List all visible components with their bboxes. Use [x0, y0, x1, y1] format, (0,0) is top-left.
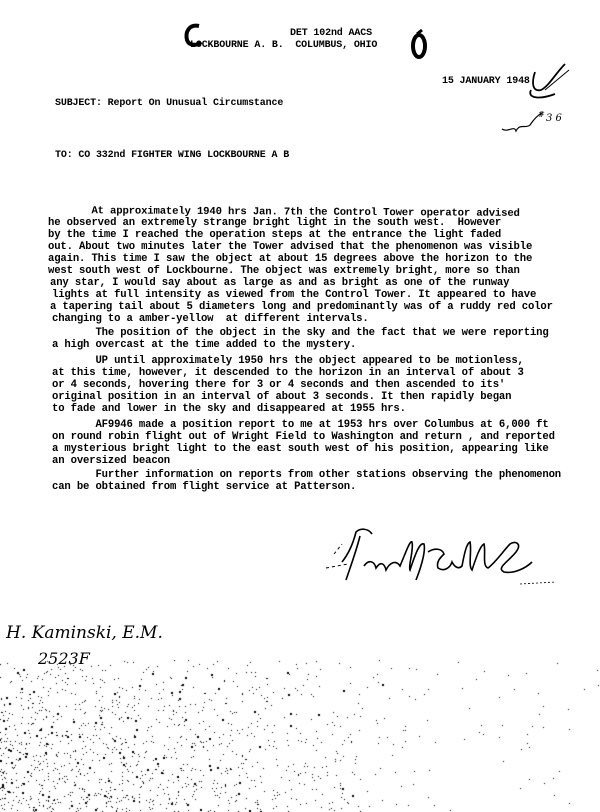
- body-line: Further information on reports from othe…: [52, 469, 561, 481]
- memo-date: 15 JANUARY 1948: [442, 76, 530, 87]
- scan-noise-artifact: [0, 660, 600, 812]
- body-line: changing to a amber-yellow at different …: [52, 313, 369, 325]
- body-line: to fade and lower in the sky and disappe…: [52, 403, 406, 415]
- letterhead-mark-right-icon: [410, 28, 428, 60]
- body-line: The position of the object in the sky an…: [52, 327, 549, 339]
- body-line: UP until approximately 1950 hrs the obje…: [52, 355, 524, 367]
- letterhead-location: LOCKBOURNE A. B. COLUMBUS, OHIO: [190, 40, 377, 51]
- body-line: out. About two minutes later the Tower a…: [48, 241, 532, 253]
- body-line: a tapering tail about 5 diameters long a…: [50, 301, 553, 313]
- body-line: AF9946 made a position report to me at 1…: [52, 419, 549, 431]
- body-line: any star, I would say about as large as …: [50, 277, 509, 289]
- letterhead-unit: DET 102nd AACS: [290, 28, 372, 39]
- signature: Frank M. Eiolle: [320, 522, 560, 592]
- scanned-memo-page: DET 102nd AACS LOCKBOURNE A. B. COLUMBUS…: [0, 0, 600, 812]
- svg-text:#: #: [538, 110, 545, 119]
- body-line: a mysterious bright light to the east so…: [52, 443, 549, 455]
- handwritten-date-scribble-icon: [525, 60, 575, 104]
- body-line: lights at full intensity as viewed from …: [52, 289, 536, 301]
- body-line: he observed an extremely strange bright …: [48, 217, 501, 229]
- body-line: a high overcast at the time added to the…: [52, 339, 356, 351]
- handwritten-note-icon: # 3 6: [500, 105, 570, 135]
- body-line: by the time I reached the operation step…: [48, 229, 501, 241]
- body-line: an oversized beacon: [52, 455, 170, 467]
- memo-subject: SUBJECT: Report On Unusual Circumstance: [55, 98, 283, 109]
- svg-text:3 6: 3 6: [546, 113, 563, 124]
- svg-text:H. Kaminski, E.M.: H. Kaminski, E.M.: [5, 623, 163, 643]
- body-line: at this time, however, it descended to t…: [52, 367, 524, 379]
- body-line: or 4 seconds, hovering there for 3 or 4 …: [52, 379, 505, 391]
- body-line: can be obtained from flight service at P…: [52, 481, 356, 493]
- body-line: on round robin flight out of Wright Fiel…: [52, 431, 555, 443]
- body-line: west south west of Lockbourne. The objec…: [48, 265, 520, 277]
- body-line: again. This time I saw the object at abo…: [48, 253, 532, 265]
- body-line: original position in an interval of abou…: [52, 391, 511, 403]
- memo-recipient: TO: CO 332nd FIGHTER WING LOCKBOURNE A B: [55, 150, 289, 161]
